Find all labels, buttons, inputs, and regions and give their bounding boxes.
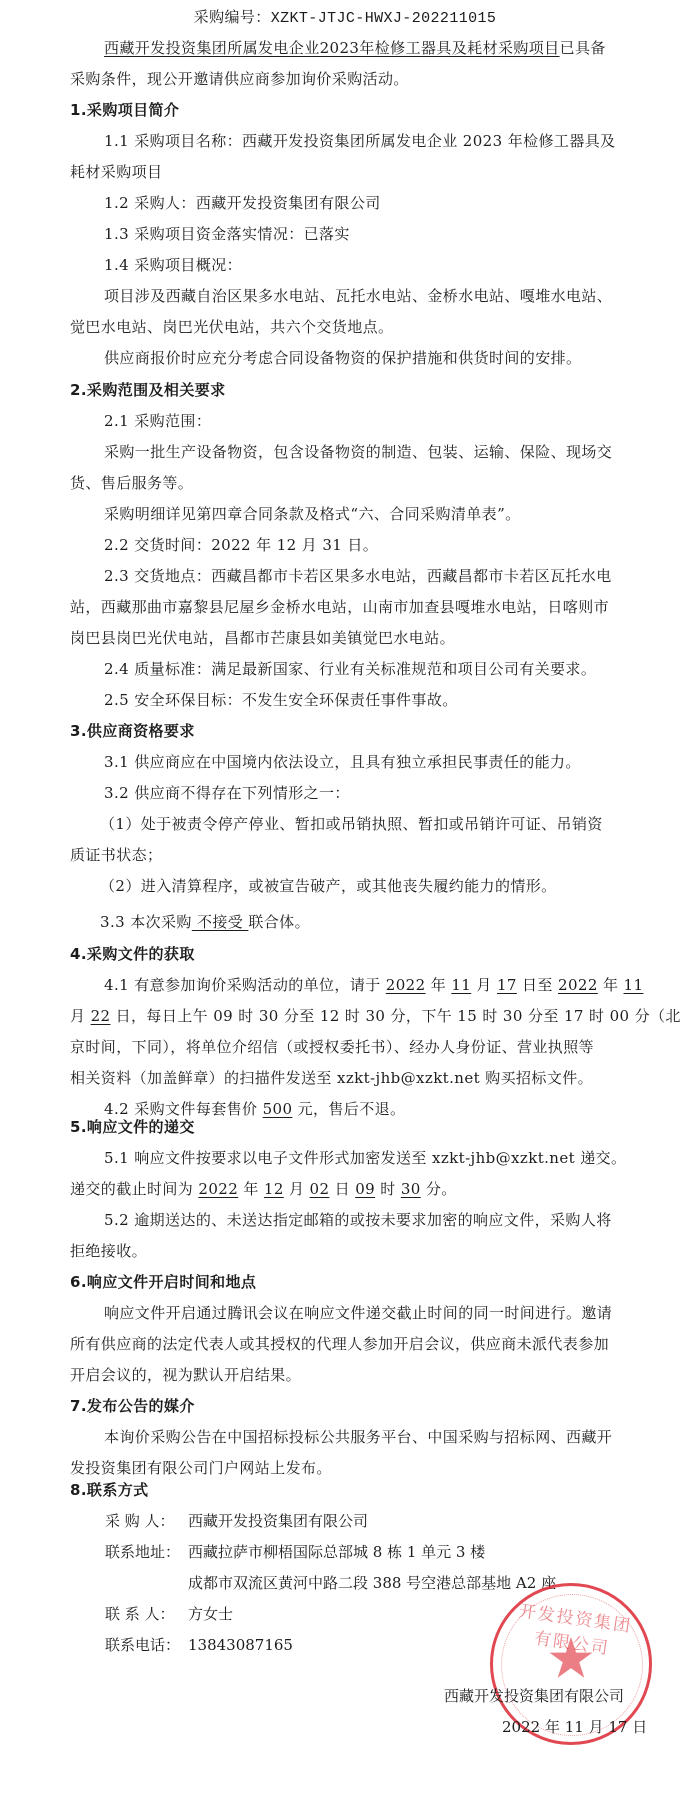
- t: 年: [238, 1180, 264, 1198]
- t: 日至: [517, 976, 558, 994]
- s3-3: 3.3 本次采购 不接受 联合体。: [100, 912, 310, 932]
- s6-b: 所有供应商的法定代表人或其授权的代理人参加开启会议，供应商未派代表参加: [70, 1334, 609, 1354]
- procurement-number: 采购编号：XZKT-JTJC-HWXJ-202211015: [0, 7, 690, 29]
- s4-1-hours: 日，每日上午 09 时 30 分至 12 时 30 分，下午 15 时 30 分…: [110, 1007, 680, 1025]
- deadline-minute: 30: [401, 1180, 421, 1198]
- s2-1: 2.1 采购范围：: [104, 411, 211, 431]
- s3-condition-2: （2）进入清算程序，或被宣告破产，或其他丧失履约能力的情形。: [100, 876, 557, 896]
- signature-company: 西藏开发投资集团有限公司: [444, 1686, 624, 1706]
- s3-2: 3.2 供应商不得存在下列情形之一：: [104, 783, 350, 803]
- s1-overview-a: 项目涉及西藏自治区果多水电站、瓦托水电站、金桥水电站、嘎堆水电站、: [104, 286, 612, 306]
- s3-3-prefix: 3.3 本次采购: [100, 913, 192, 931]
- intro-line-2: 采购条件，现公开邀请供应商参加询价采购活动。: [70, 69, 409, 89]
- s1-overview-b: 觉巴水电站、岗巴光伏电站，共六个交货地点。: [70, 317, 393, 337]
- signature-date: 2022 年 11 月 17 日: [502, 1717, 647, 1737]
- contact-value: 方女士: [188, 1604, 233, 1624]
- t: 时: [375, 1180, 401, 1198]
- address-label: 联系地址：: [105, 1542, 180, 1562]
- purchaser-value: 西藏开发投资集团有限公司: [188, 1511, 368, 1531]
- address-line-2: 成都市双流区黄河中路二段 388 号空港总部基地 A2 座: [188, 1573, 556, 1593]
- end-day: 22: [91, 1007, 111, 1025]
- s7-b: 发投资集团有限公司门户网站上发布。: [70, 1458, 332, 1478]
- deadline-year: 2022: [198, 1180, 238, 1198]
- procurement-notice-page: 采购编号：XZKT-JTJC-HWXJ-202211015 西藏开发投资集团所属…: [0, 0, 690, 1797]
- section-6-title: 6.响应文件开启时间和地点: [70, 1272, 256, 1292]
- s4-1-d: 相关资料（加盖鲜章）的扫描件发送至 xzkt-jhb@xzkt.net 购买招标…: [70, 1068, 593, 1088]
- s2-3-c: 岗巴县岗巴光伏电站，昌都市芒康县如美镇觉巴水电站。: [70, 628, 455, 648]
- s6-c: 开启会议的，视为默认开启结果。: [70, 1365, 301, 1385]
- s3-condition-1-b: 质证书状态；: [70, 845, 162, 865]
- s4-2-suffix: 元，售后不退。: [292, 1100, 405, 1118]
- s3-condition-1-a: （1）处于被责令停产停业、暂扣或吊销执照、暂扣或吊销许可证、吊销资: [100, 814, 603, 834]
- deadline-month: 12: [264, 1180, 284, 1198]
- t: 月: [284, 1180, 310, 1198]
- s1-3: 1.3 采购项目资金落实情况：已落实: [104, 224, 350, 244]
- start-year: 2022: [386, 976, 426, 994]
- start-day: 17: [497, 976, 517, 994]
- section-7-title: 7.发布公告的媒介: [70, 1396, 195, 1416]
- s6-a: 响应文件开启通过腾讯会议在响应文件递交截止时间的同一时间进行。邀请: [104, 1303, 612, 1323]
- start-month: 11: [451, 976, 471, 994]
- section-8-title: 8.联系方式: [70, 1480, 149, 1500]
- s2-scope-b: 货、售后服务等。: [70, 473, 193, 493]
- s1-note: 供应商报价时应充分考虑合同设备物资的保护措施和供货时间的安排。: [104, 348, 581, 368]
- t: 日: [329, 1180, 355, 1198]
- s4-2: 4.2 采购文件每套售价 500 元，售后不退。: [104, 1099, 405, 1119]
- section-1-title: 1.采购项目简介: [70, 100, 179, 120]
- s1-1-a: 1.1 采购项目名称：西藏开发投资集团所属发电企业 2023 年检修工器具及: [104, 131, 616, 151]
- contact-label: 联 系 人：: [105, 1604, 175, 1624]
- procurement-number-value: XZKT-JTJC-HWXJ-202211015: [271, 10, 497, 27]
- intro-line-1: 西藏开发投资集团所属发电企业2023年检修工器具及耗材采购项目已具备: [104, 38, 606, 58]
- s4-1-prefix: 4.1 有意参加询价采购活动的单位，请于: [104, 976, 386, 994]
- s5-1-b: 递交的截止时间为 2022 年 12 月 02 日 09 时 30 分。: [70, 1179, 457, 1199]
- deadline-day: 02: [310, 1180, 330, 1198]
- section-3-title: 3.供应商资格要求: [70, 721, 195, 741]
- s2-detail: 采购明细详见第四章合同条款及格式“六、合同采购清单表”。: [104, 504, 521, 524]
- s2-5: 2.5 安全环保目标：不发生安全环保责任事件事故。: [104, 690, 458, 710]
- t: 年: [426, 976, 452, 994]
- section-2-title: 2.采购范围及相关要求: [70, 380, 226, 400]
- t: 月: [70, 1007, 91, 1025]
- s4-1-a: 4.1 有意参加询价采购活动的单位，请于 2022 年 11 月 17 日至 2…: [104, 975, 643, 995]
- end-year: 2022: [558, 976, 598, 994]
- procurement-number-label: 采购编号：: [194, 8, 271, 26]
- purchaser-label: 采 购 人：: [105, 1511, 175, 1531]
- s2-3-a: 2.3 交货地点：西藏昌都市卡若区果多水电站，西藏昌都市卡若区瓦托水电: [104, 566, 612, 586]
- s2-3-b: 站，西藏那曲市嘉黎县尼屋乡金桥水电站，山南市加查县嘎堆水电站，日喀则市: [70, 597, 609, 617]
- s5-2-a: 5.2 逾期送达的、未送达指定邮箱的或按未要求加密的响应文件，采购人将: [104, 1210, 612, 1230]
- s5-1-a: 5.1 响应文件按要求以电子文件形式加密发送至 xzkt-jhb@xzkt.ne…: [104, 1148, 626, 1168]
- s2-2: 2.2 交货时间：2022 年 12 月 31 日。: [104, 535, 378, 555]
- s3-1: 3.1 供应商应在中国境内依法设立，且具有独立承担民事责任的能力。: [104, 752, 581, 772]
- s2-4: 2.4 质量标准：满足最新国家、行业有关标准规范和项目公司有关要求。: [104, 659, 596, 679]
- deadline-hour: 09: [355, 1180, 375, 1198]
- document-price: 500: [263, 1100, 293, 1118]
- s1-1-b: 耗材采购项目: [70, 162, 162, 182]
- s4-1-c: 京时间，下同），将单位介绍信（或授权委托书）、经办人身份证、营业执照等: [70, 1037, 594, 1057]
- end-month: 11: [624, 976, 644, 994]
- s7-a: 本询价采购公告在中国招标投标公共服务平台、中国采购与招标网、西藏开: [104, 1427, 612, 1447]
- intro-suffix: 已具备: [560, 39, 606, 57]
- t: 月: [471, 976, 497, 994]
- project-name-underlined: 西藏开发投资集团所属发电企业2023年检修工器具及耗材采购项目: [104, 39, 560, 57]
- s2-scope-a: 采购一批生产设备物资，包含设备物资的制造、包装、运输、保险、现场交: [104, 442, 612, 462]
- s5-2-b: 拒绝接收。: [70, 1241, 147, 1261]
- star-icon: ★: [546, 1632, 596, 1688]
- s3-3-suffix: 联合体。: [248, 913, 310, 931]
- consortium-not-accepted: 不接受: [192, 913, 249, 931]
- s4-1-b: 月 22 日，每日上午 09 时 30 分至 12 时 30 分，下午 15 时…: [70, 1006, 681, 1026]
- s1-2: 1.2 采购人：西藏开发投资集团有限公司: [104, 193, 381, 213]
- t: 年: [598, 976, 624, 994]
- t: 分。: [421, 1180, 457, 1198]
- s4-2-prefix: 4.2 采购文件每套售价: [104, 1100, 263, 1118]
- address-line-1: 西藏拉萨市柳梧国际总部城 8 栋 1 单元 3 楼: [188, 1542, 485, 1562]
- section-4-title: 4.采购文件的获取: [70, 944, 195, 964]
- s5-1-prefix: 递交的截止时间为: [70, 1180, 198, 1198]
- phone-label: 联系电话：: [105, 1635, 180, 1655]
- phone-value: 13843087165: [188, 1635, 293, 1655]
- s1-4: 1.4 采购项目概况：: [104, 255, 242, 275]
- section-5-title: 5.响应文件的递交: [70, 1117, 195, 1137]
